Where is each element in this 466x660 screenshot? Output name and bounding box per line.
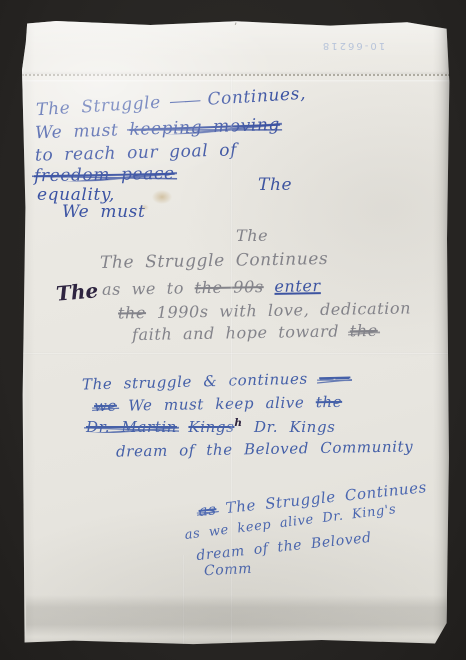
handwritten-text: Continues,: [207, 84, 307, 110]
crossed-out-text: the: [118, 303, 146, 322]
horizontal-fold-crease: [22, 352, 450, 355]
handwritten-line: we We must keep alive the: [94, 393, 342, 415]
crossed-out-text: we: [94, 397, 117, 415]
handwritten-word-the: The: [258, 175, 292, 195]
handwritten-line: We must keeping moving: [35, 115, 281, 144]
handwritten-text: as we to: [102, 278, 195, 299]
handwritten-text: The Struggle: [36, 93, 162, 121]
show-through-band: [26, 595, 446, 637]
handwritten-title-line: The Struggle Continues: [100, 249, 329, 273]
handwritten-text: h: [234, 417, 242, 429]
handwritten-text: 1990s with love, dedication: [146, 298, 411, 322]
handwritten-text: enter: [274, 276, 321, 296]
crossed-out-text: freedom peace: [34, 164, 175, 186]
handwritten-line: We must: [62, 202, 145, 222]
handwritten-text: Dr. Kings: [243, 418, 336, 436]
handwritten-text: We must: [35, 120, 130, 143]
pencil-tick-mark: ’: [234, 22, 237, 33]
handwritten-line: faith and hope toward the: [132, 321, 378, 344]
handwritten-line: to reach our goal of: [35, 140, 237, 165]
handwritten-text: to reach our goal of: [35, 140, 237, 165]
handwritten-text: Comm: [204, 561, 253, 579]
handwritten-line: the 1990s with love, dedication: [118, 298, 411, 322]
crossed-out-text: the: [316, 393, 343, 411]
handwritten-line: as we to the 90s enter: [102, 276, 321, 299]
handwritten-text: [177, 418, 188, 436]
archival-stamp: 10-66218: [308, 40, 398, 51]
paper-stain: [152, 190, 172, 204]
crossed-out-text: Kings: [188, 418, 234, 436]
handwritten-margin-word-the: The: [55, 278, 99, 306]
handwritten-line: Dr. Martin Kingsh Dr. Kings: [86, 417, 335, 436]
vertical-fold-crease: [230, 76, 233, 645]
handwritten-draft-page: 10-66218 ’ The Struggle —— Continues, We…: [22, 20, 450, 645]
handwritten-text: dream of the Beloved Community: [116, 437, 414, 460]
crossed-out-text: as: [198, 500, 218, 520]
perforation-line: [22, 74, 450, 80]
handwritten-text: We must keep alive: [117, 393, 316, 414]
crossed-out-text: the: [350, 321, 378, 340]
paper-stain: [140, 204, 149, 211]
handwritten-line: Comm: [204, 561, 253, 579]
crossed-out-text: keeping moving: [129, 115, 280, 140]
crossed-out-text: Dr. Martin: [86, 418, 177, 436]
handwritten-text: ——: [160, 90, 208, 113]
handwritten-line: dream of the Beloved Community: [116, 437, 414, 460]
handwritten-word-the: The: [236, 226, 268, 245]
handwritten-text: faith and hope toward: [132, 321, 350, 344]
handwritten-text: The struggle & continues: [82, 369, 320, 393]
handwritten-line-crossed-out: freedom peace: [34, 164, 175, 186]
crossed-out-text: ——: [319, 368, 351, 387]
handwritten-line: The struggle & continues ——: [82, 368, 351, 393]
